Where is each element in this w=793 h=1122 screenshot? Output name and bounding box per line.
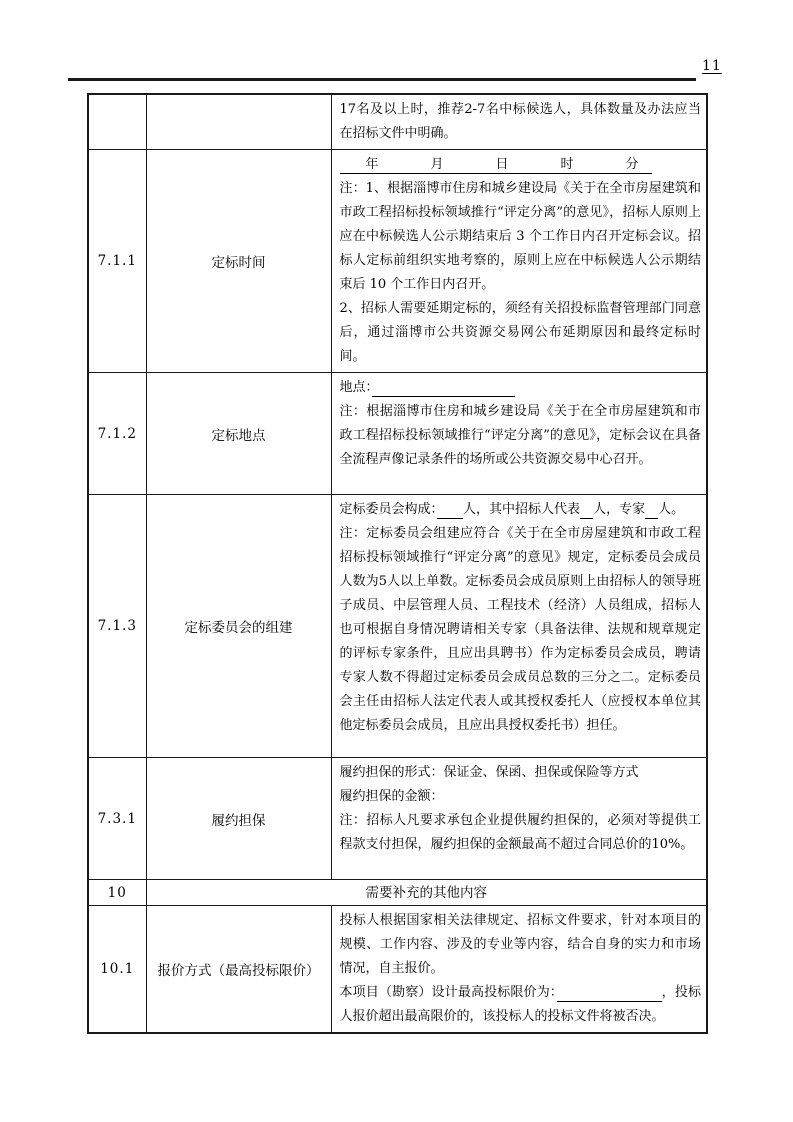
clause-label: 定标委员会的组建 — [146, 495, 331, 758]
clause-label: 定标地点 — [146, 373, 331, 495]
text-segment: 需要补充的其他内容 — [366, 885, 488, 901]
paragraph: 本项目（勘察）设计最高投标限价为： ，投标人报价超出最高限价的，该投标人的投标文… — [340, 981, 702, 1029]
page-number: 11 — [702, 58, 722, 75]
text-segment: 投标人根据国家相关法律规定、招标文件要求，针对本项目的规模、工作内容、涉及的专业… — [340, 913, 702, 976]
text-segment: 履约担保的形式：保证金、保函、担保或保险等方式 — [340, 765, 639, 780]
text-segment: 注：定标委员会组建应符合《关于在全市房屋建筑和市政工程招标投标领域推行“评定分离… — [340, 526, 702, 733]
clause-content: 履约担保的形式：保证金、保函、担保或保险等方式履约担保的金额：注：招标人凡要求承… — [331, 758, 707, 880]
clause-content: 投标人根据国家相关法律规定、招标文件要求，针对本项目的规模、工作内容、涉及的专业… — [331, 906, 707, 1034]
table-row-10: 10 需要补充的其他内容 — [88, 880, 707, 906]
paragraph: 注：根据淄博市住房和城乡建设局《关于在全市房屋建筑和市政工程招标投标领域推行“评… — [340, 400, 702, 472]
clause-id: 10.1 — [88, 906, 146, 1034]
clause-label: 报价方式（最高投标限价） — [146, 906, 331, 1034]
table-row-7-1-1: 7.1.1 定标时间 年 月 日 时 分 注：1、根据淄博市住房和城乡建设局《关… — [88, 150, 707, 373]
table-row-continued: 17名及以上时，推荐2-7名中标候选人，具体数量及办法应当在招标文件中明确。 — [88, 94, 707, 150]
text-segment: 地点： — [340, 380, 373, 395]
text-segment: 17名及以上时，推荐2-7名中标候选人，具体数量及办法应当在招标文件中明确。 — [340, 102, 702, 141]
blank-fill-in-field — [557, 985, 662, 1002]
text-segment: 注：1、根据淄博市住房和城乡建设局《关于在全市房屋建筑和市政工程招标投标领域推行… — [340, 181, 702, 292]
paragraph: 17名及以上时，推荐2-7名中标候选人，具体数量及办法应当在招标文件中明确。 — [340, 98, 702, 146]
clause-content-merged: 需要补充的其他内容 — [146, 880, 707, 906]
paragraph: 注：招标人凡要求承包企业提供履约担保的，必须对等提供工程款支付担保，履约担保的金… — [340, 809, 702, 857]
clause-id: 7.1.2 — [88, 373, 146, 495]
clause-content: 17名及以上时，推荐2-7名中标候选人，具体数量及办法应当在招标文件中明确。 — [331, 94, 707, 150]
text-segment: 2、招标人需要延期定标的，须经有关招投标监督管理部门同意后，通过淄博市公共资源交… — [340, 301, 702, 364]
clause-id — [88, 94, 146, 150]
table-row-7-1-2: 7.1.2 定标地点 地点： 注：根据淄博市住房和城乡建设局《关于在全市房屋建筑… — [88, 373, 707, 495]
text-segment: 人。 — [658, 502, 684, 517]
paragraph: 需要补充的其他内容 — [151, 883, 703, 903]
blank-fill-in-field: 年 月 日 时 分 — [340, 157, 652, 174]
paragraph: 投标人根据国家相关法律规定、招标文件要求，针对本项目的规模、工作内容、涉及的专业… — [340, 909, 702, 981]
tender-conditions-table: 17名及以上时，推荐2-7名中标候选人，具体数量及办法应当在招标文件中明确。 7… — [87, 93, 708, 1034]
clause-label: 履约担保 — [146, 758, 331, 880]
text-segment: 履约担保的金额： — [340, 789, 444, 804]
paragraph: 履约担保的形式：保证金、保函、担保或保险等方式 — [340, 761, 702, 785]
text-segment: 注：招标人凡要求承包企业提供履约担保的，必须对等提供工程款支付担保，履约担保的金… — [340, 813, 702, 852]
clause-label: 定标时间 — [146, 150, 331, 373]
clause-content: 定标委员会构成： 人，其中招标人代表 人，专家 人。注：定标委员会组建应符合《关… — [331, 495, 707, 758]
table-row-7-1-3: 7.1.3 定标委员会的组建 定标委员会构成： 人，其中招标人代表 人，专家 人… — [88, 495, 707, 758]
blank-fill-in-field — [580, 502, 593, 519]
text-segment: 人，专家 — [593, 502, 645, 517]
clause-id: 7.3.1 — [88, 758, 146, 880]
blank-fill-in-field — [437, 502, 463, 519]
clause-content: 年 月 日 时 分 注：1、根据淄博市住房和城乡建设局《关于在全市房屋建筑和市政… — [331, 150, 707, 373]
paragraph: 定标委员会构成： 人，其中招标人代表 人，专家 人。 — [340, 498, 702, 522]
clause-label — [146, 94, 331, 150]
clause-id: 7.1.1 — [88, 150, 146, 373]
clause-id: 10 — [88, 880, 146, 906]
table-row-7-3-1: 7.3.1 履约担保 履约担保的形式：保证金、保函、担保或保险等方式履约担保的金… — [88, 758, 707, 880]
blank-fill-in-field — [372, 380, 515, 397]
table-row-10-1: 10.1 报价方式（最高投标限价） 投标人根据国家相关法律规定、招标文件要求，针… — [88, 906, 707, 1034]
document-page: 11 17名及以上时，推荐2-7名中标候选人，具体数量及办法应当在招标文件中明确… — [0, 0, 793, 1122]
header-rule — [68, 78, 696, 81]
paragraph: 年 月 日 时 分 — [340, 153, 702, 177]
paragraph: 地点： — [340, 376, 702, 400]
clause-content: 地点： 注：根据淄博市住房和城乡建设局《关于在全市房屋建筑和市政工程招标投标领域… — [331, 373, 707, 495]
text-segment: 本项目（勘察）设计最高投标限价为： — [340, 985, 557, 1000]
paragraph: 注：1、根据淄博市住房和城乡建设局《关于在全市房屋建筑和市政工程招标投标领域推行… — [340, 177, 702, 297]
paragraph: 注：定标委员会组建应符合《关于在全市房屋建筑和市政工程招标投标领域推行“评定分离… — [340, 522, 702, 738]
text-segment: 注：根据淄博市住房和城乡建设局《关于在全市房屋建筑和市政工程招标投标领域推行“评… — [340, 404, 702, 467]
blank-fill-in-field — [645, 502, 658, 519]
clause-id: 7.1.3 — [88, 495, 146, 758]
paragraph: 履约担保的金额： — [340, 785, 702, 809]
text-segment: 人，其中招标人代表 — [463, 502, 580, 517]
paragraph: 2、招标人需要延期定标的，须经有关招投标监督管理部门同意后，通过淄博市公共资源交… — [340, 297, 702, 369]
text-segment: 定标委员会构成： — [340, 502, 438, 517]
